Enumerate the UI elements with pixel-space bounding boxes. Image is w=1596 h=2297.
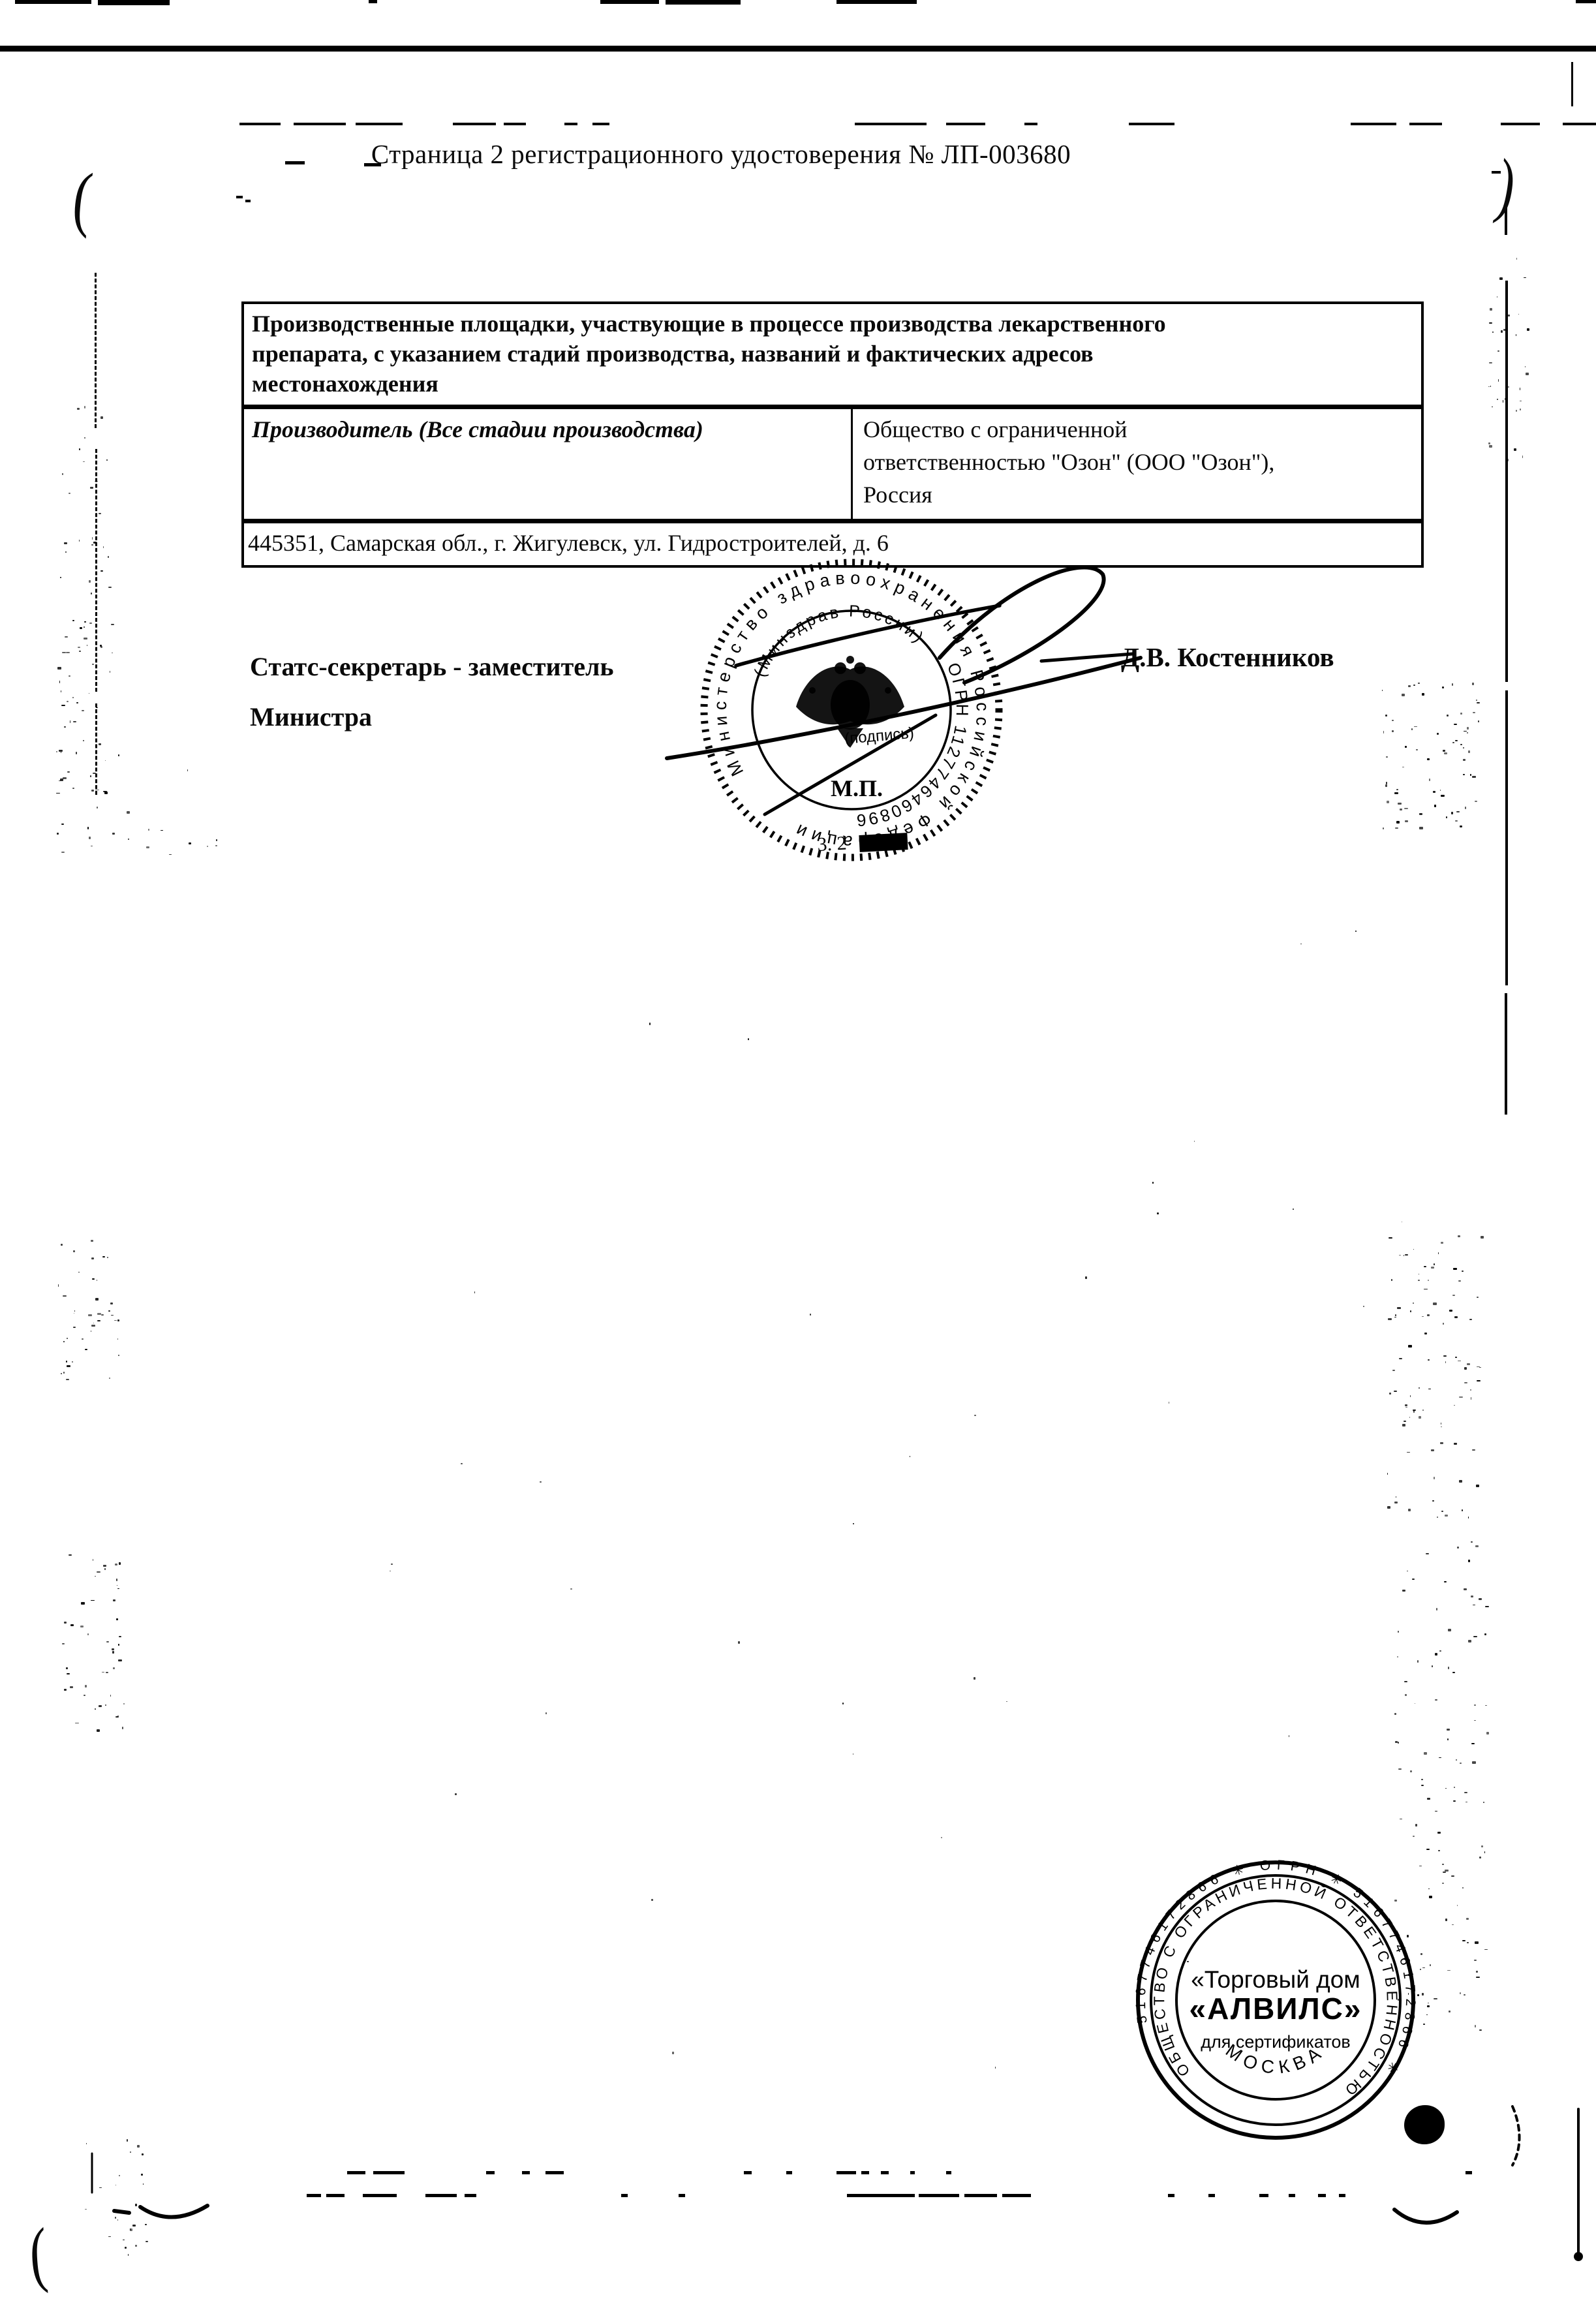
producer-value-line: Россия <box>863 478 1416 511</box>
alvils-center-line2: «АЛВИЛС» <box>1189 1992 1362 2026</box>
producer-value-line: ответственностью "Озон" (ООО "Озон"), <box>863 446 1416 478</box>
scanned-document-page: Страница 2 регистрационного удостоверени… <box>0 0 1596 2297</box>
scan-bracket-right: ) <box>1492 148 1521 223</box>
table-row: Производитель (Все стадии производства) … <box>244 409 1421 523</box>
table-header-line: Производственные площадки, участвующие в… <box>252 309 1412 339</box>
table-header-line: препарата, с указанием стадий производст… <box>252 339 1412 369</box>
handwritten-signature <box>652 542 1174 842</box>
scan-left-dashed-line <box>95 273 97 428</box>
scan-top-line <box>0 46 1596 52</box>
scan-left-dashed-line <box>95 703 97 795</box>
production-sites-table: Производственные площадки, участвующие в… <box>241 301 1424 568</box>
producer-value-line: Общество с ограниченной <box>863 413 1416 446</box>
scan-left-dashed-line <box>95 449 97 692</box>
alvils-center-line3: для сертификатов <box>1201 2032 1351 2052</box>
table-header-line: местонахождения <box>252 369 1412 399</box>
producer-label-cell: Производитель (Все стадии производства) <box>244 409 853 519</box>
table-header-cell: Производственные площадки, участвующие в… <box>244 304 1421 409</box>
page-title: Страница 2 регистрационного удостоверени… <box>0 138 1442 170</box>
alvils-center-line1: «Торговый дом <box>1191 1966 1360 1993</box>
scan-bottom-artifacts <box>0 2088 1596 2297</box>
producer-value-cell: Общество с ограниченной ответственностью… <box>853 409 1421 519</box>
scan-bracket-left: ( <box>70 161 96 236</box>
